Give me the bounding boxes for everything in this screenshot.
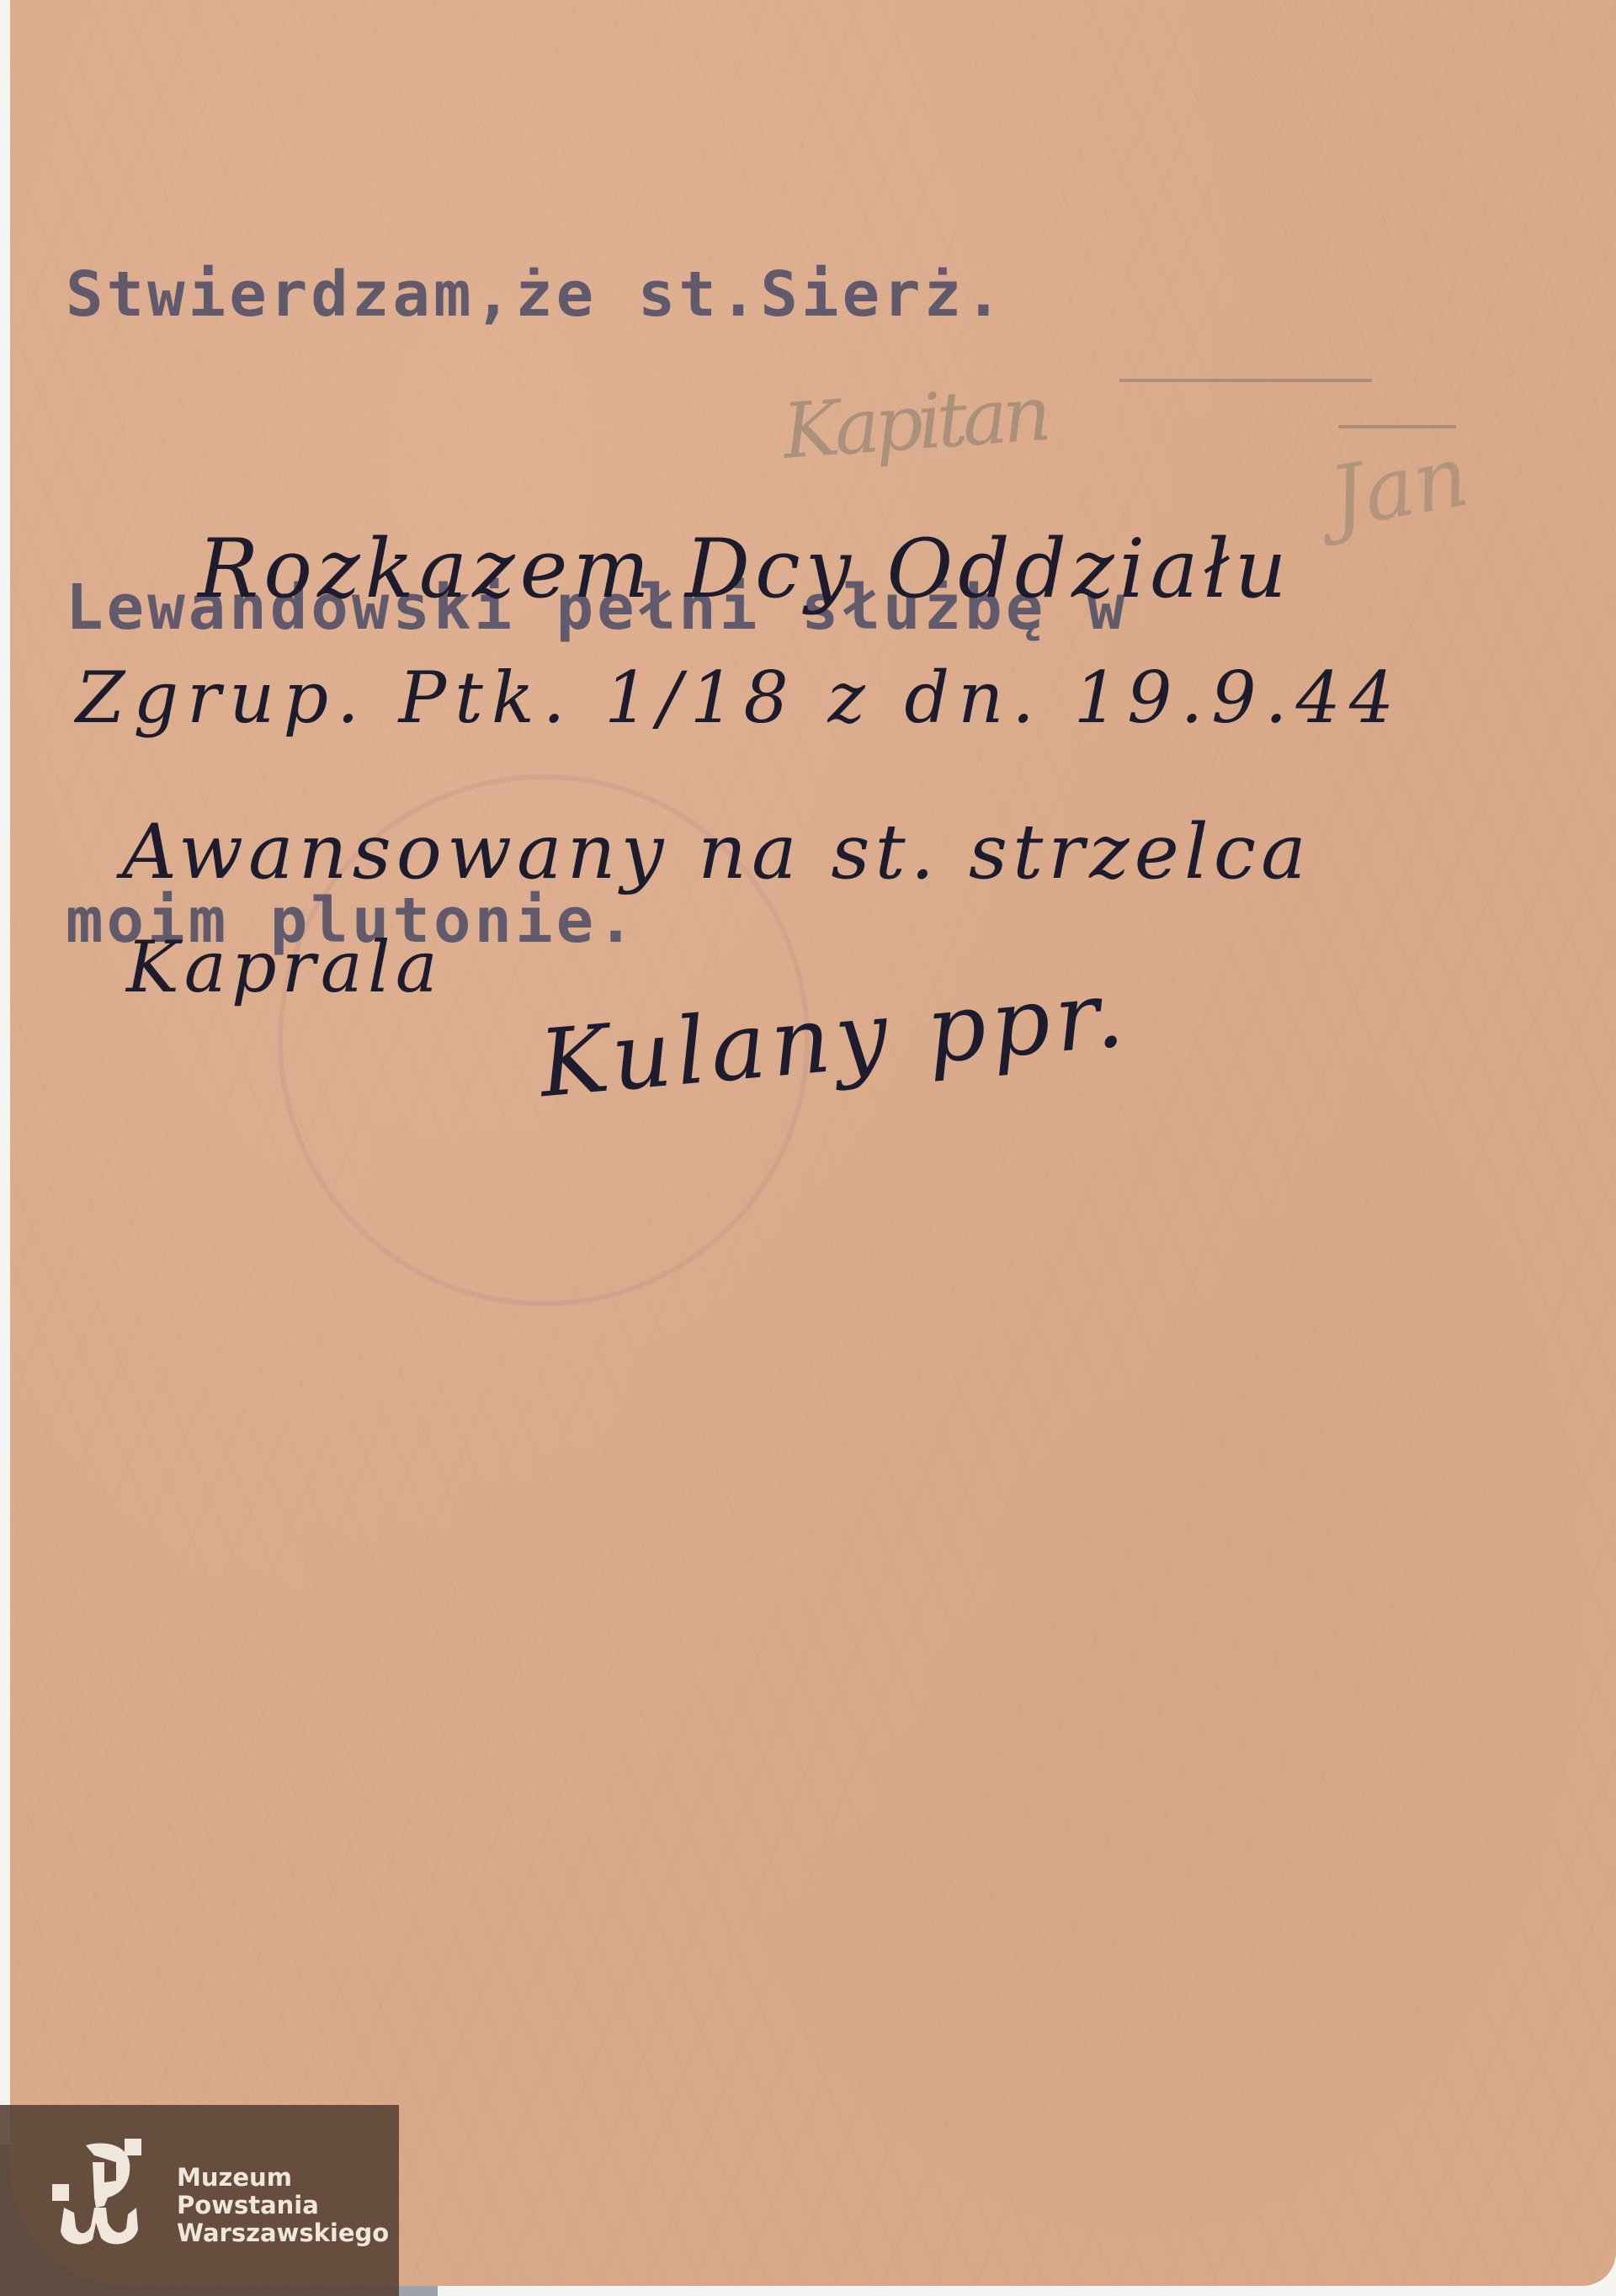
- pencil-signature: Kapitan: [780, 369, 1050, 476]
- kotwica-logo-icon: [52, 2139, 162, 2248]
- handwritten-line-2: Zgrup. Ptk. 1/18 z dn. 19.9.44: [76, 656, 1402, 739]
- dotted-signature-line-2: [1338, 425, 1456, 428]
- typed-line-1: Stwierdzam,że st.Sierż.: [66, 242, 1128, 347]
- handwritten-line-1: Rozkazem Dcy Oddziału: [198, 522, 1292, 616]
- museum-name-line-3: Warszawskiego: [177, 2219, 389, 2247]
- museum-watermark: Muzeum Powstania Warszawskiego: [0, 2105, 399, 2296]
- museum-name-line-2: Powstania: [177, 2192, 389, 2219]
- handwritten-line-4: Kaprala: [126, 926, 443, 1008]
- museum-name: Muzeum Powstania Warszawskiego: [177, 2164, 389, 2247]
- dotted-signature-line: [1119, 379, 1372, 382]
- museum-name-line-1: Muzeum: [177, 2164, 389, 2192]
- handwritten-line-3: Awansowany na st. strzelca: [122, 808, 1311, 896]
